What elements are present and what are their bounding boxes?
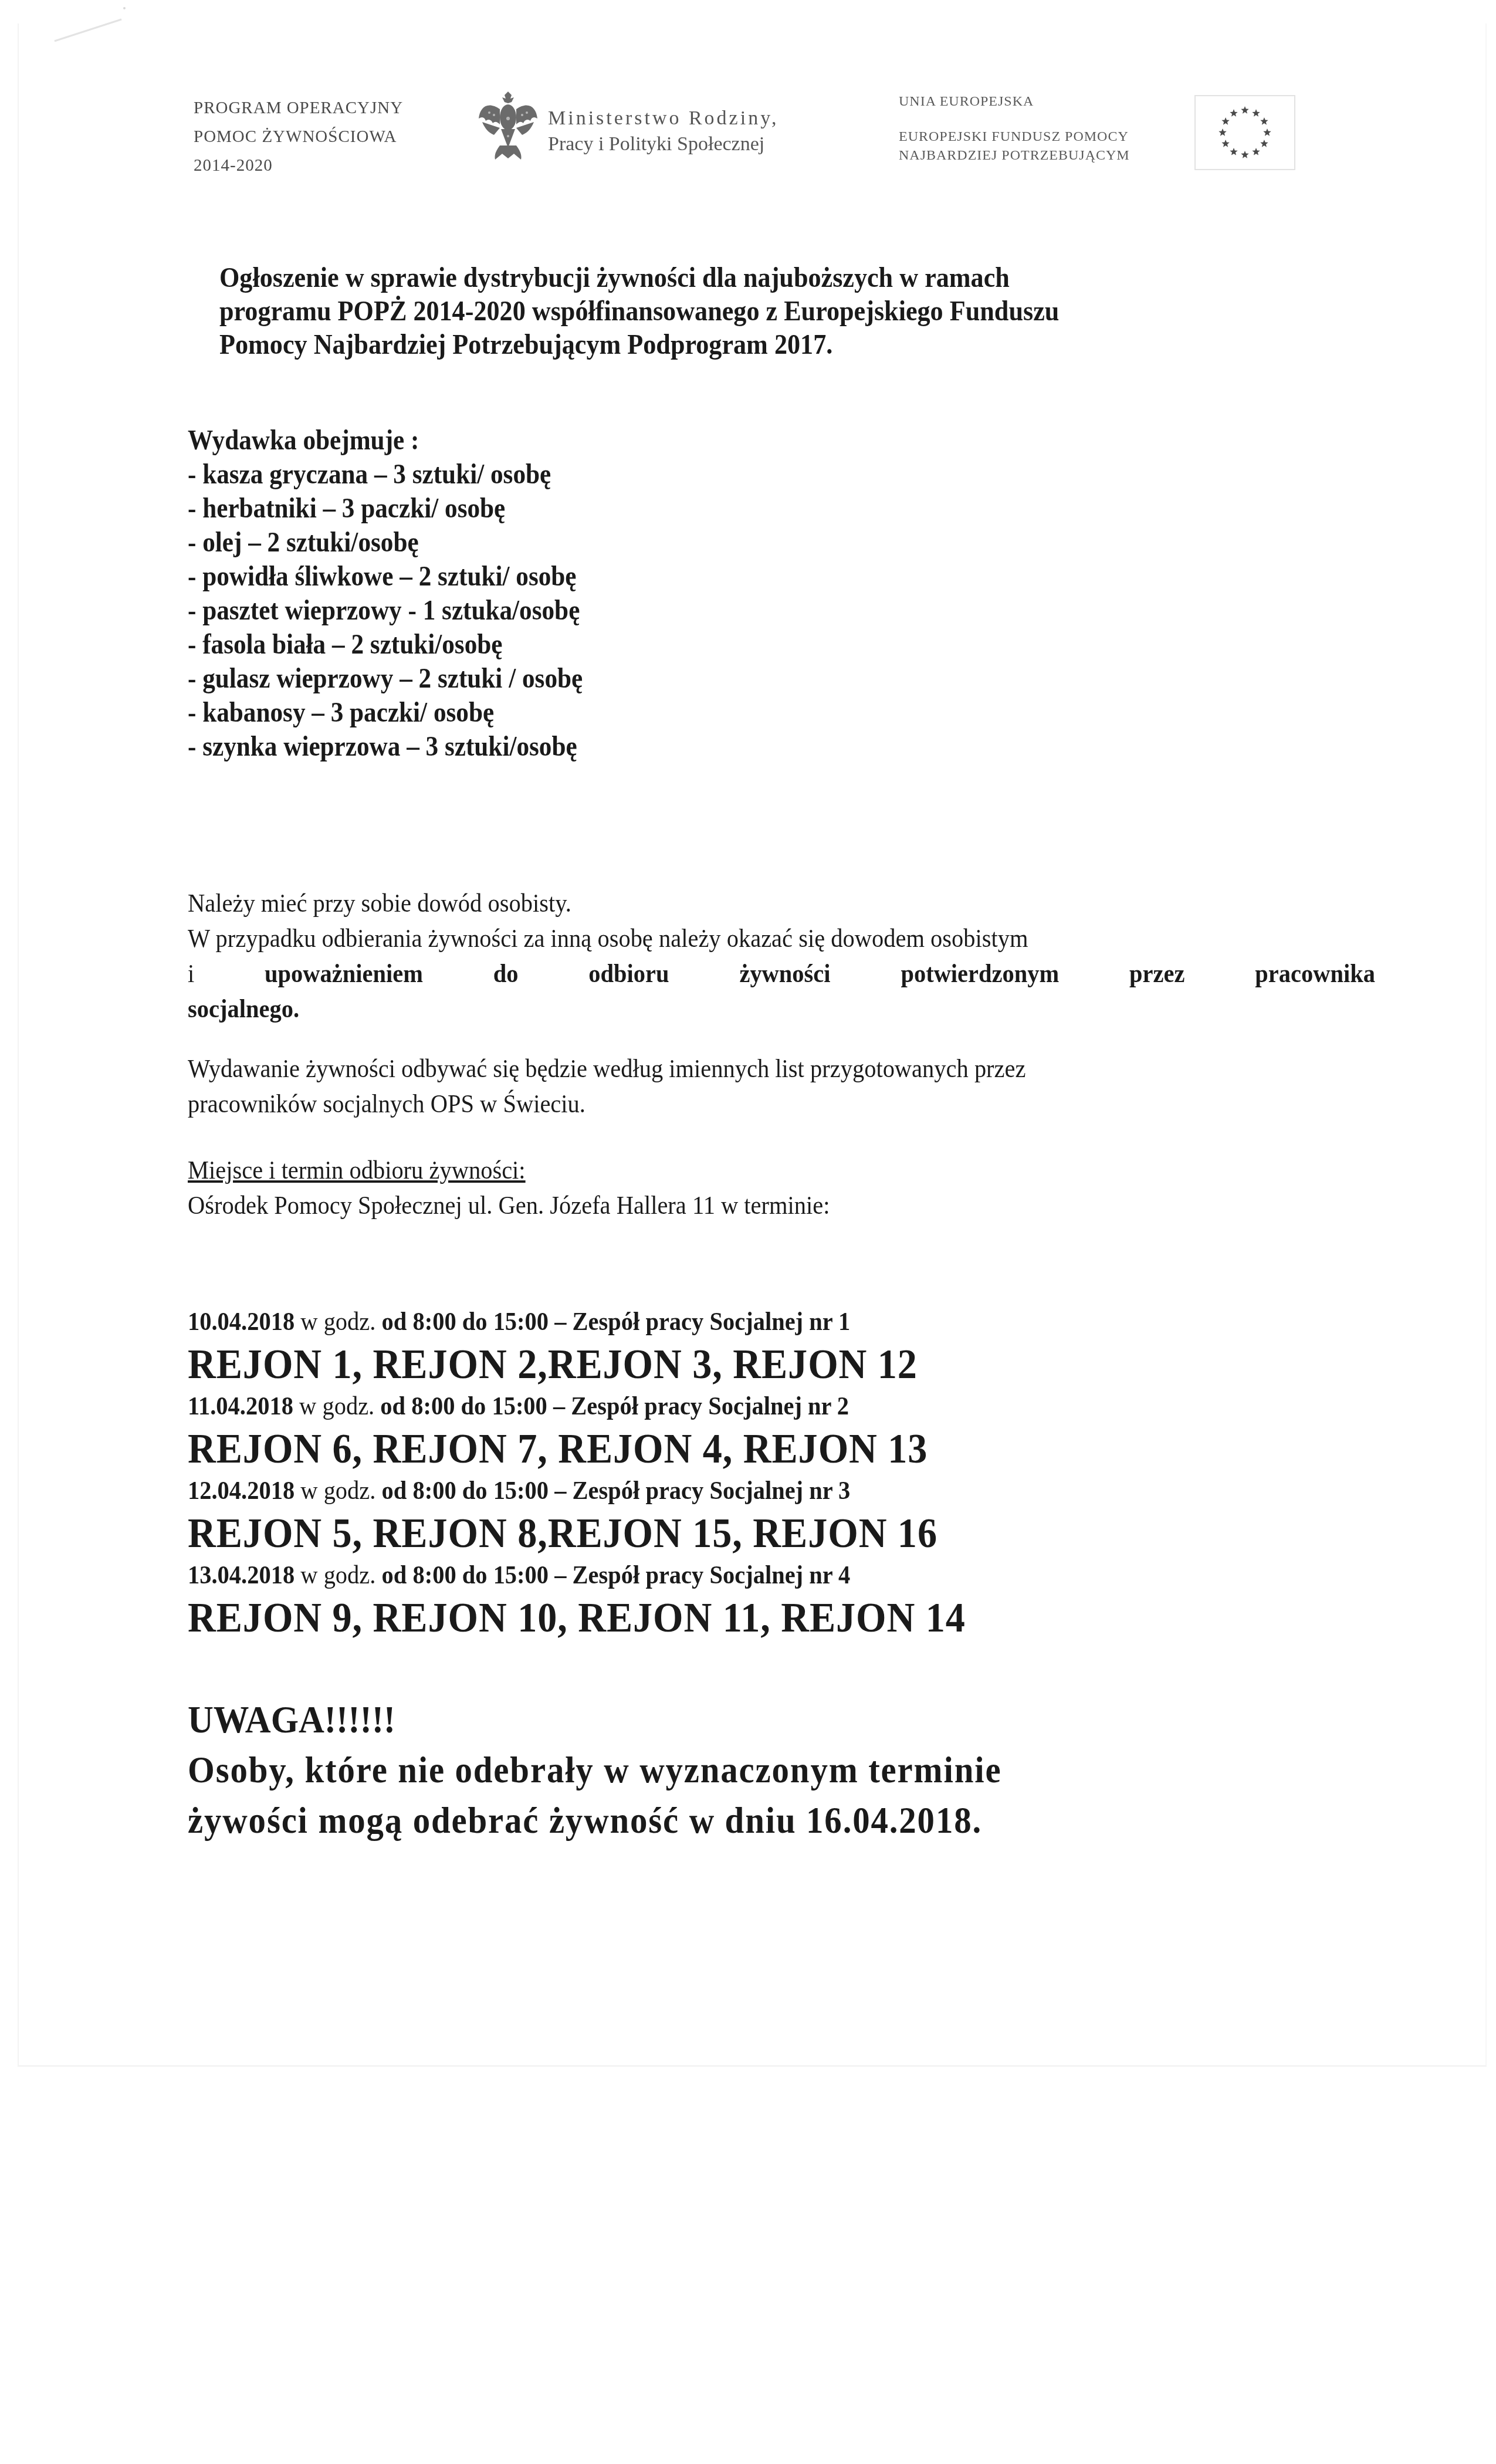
requirement-word: do bbox=[493, 956, 519, 991]
schedule-date-line: 10.04.2018 w godz. od 8:00 do 15:00 – Ze… bbox=[188, 1301, 966, 1342]
polish-eagle-icon bbox=[476, 89, 540, 162]
program-logo-text: PROGRAM OPERACYJNY POMOC ŻYWNOŚCIOWA 201… bbox=[194, 94, 403, 180]
location-heading: Miejsce i termin odbioru żywności: bbox=[188, 1153, 830, 1188]
schedule-date: 12.04.2018 bbox=[188, 1476, 295, 1505]
requirement-word: potwierdzonym bbox=[901, 956, 1059, 991]
requirement-word: przez bbox=[1129, 956, 1184, 991]
requirement-word: pracownika bbox=[1255, 956, 1375, 991]
list-item: - szynka wieprzowa – 3 sztuki/osobę bbox=[188, 730, 583, 764]
requirement-line-4: socjalnego. bbox=[188, 994, 299, 1023]
requirement-word: żywności bbox=[739, 956, 830, 991]
requirement-line-3: i upoważnieniem do odbioru żywności potw… bbox=[188, 956, 1375, 991]
eu-label: UNIA EUROPEJSKA bbox=[899, 94, 1034, 110]
schedule-date: 13.04.2018 bbox=[188, 1561, 295, 1589]
schedule-regions: REJON 9, REJON 10, REJON 11, REJON 14 bbox=[188, 1596, 966, 1639]
schedule-date-line: 13.04.2018 w godz. od 8:00 do 15:00 – Ze… bbox=[188, 1555, 966, 1596]
attention-notice: UWAGA!!!!!! Osoby, które nie odebrały w … bbox=[188, 1695, 1001, 1846]
pickup-location: Miejsce i termin odbioru żywności: Ośrod… bbox=[188, 1153, 830, 1223]
program-line-2: POMOC ŻYWNOŚCIOWA bbox=[194, 123, 403, 151]
schedule-date-line: 11.04.2018 w godz. od 8:00 do 15:00 – Ze… bbox=[188, 1386, 966, 1427]
package-contents: Wydawka obejmuje : - kasza gryczana – 3 … bbox=[188, 424, 583, 764]
package-heading: Wydawka obejmuje : bbox=[188, 424, 583, 458]
ministry-line-1: Ministerstwo Rodziny, bbox=[548, 106, 779, 131]
ministry-name: Ministerstwo Rodziny, Pracy i Polityki S… bbox=[548, 106, 779, 157]
requirement-word: odbioru bbox=[588, 956, 669, 991]
eu-fund-line-2: NAJBARDZIEJ POTRZEBUJĄCYM bbox=[899, 148, 1130, 164]
location-address: Ośrodek Pomocy Społecznej ul. Gen. Józef… bbox=[188, 1188, 830, 1223]
list-item: - powidła śliwkowe – 2 sztuki/ osobę bbox=[188, 560, 583, 594]
eu-fund-line-1: EUROPEJSKI FUNDUSZ POMOCY bbox=[899, 129, 1129, 145]
distribution-schedule: 10.04.2018 w godz. od 8:00 do 15:00 – Ze… bbox=[188, 1301, 966, 1639]
requirement-prefix: i bbox=[188, 956, 194, 991]
requirement-line-1: Należy mieć przy sobie dowód osobisty. bbox=[188, 886, 1375, 921]
scan-artifact-dot bbox=[123, 7, 126, 9]
title-line-1: Ogłoszenie w sprawie dystrybucji żywnośc… bbox=[219, 261, 1059, 295]
schedule-time: od 8:00 do 15:00 – Zespół pracy Socjalne… bbox=[382, 1561, 851, 1589]
list-item: - gulasz wieprzowy – 2 sztuki / osobę bbox=[188, 662, 583, 696]
schedule-mid: w godz. bbox=[295, 1476, 381, 1505]
schedule-time: od 8:00 do 15:00 – Zespół pracy Socjalne… bbox=[382, 1476, 851, 1505]
schedule-date-line: 12.04.2018 w godz. od 8:00 do 15:00 – Ze… bbox=[188, 1470, 966, 1511]
schedule-mid: w godz. bbox=[293, 1392, 380, 1420]
requirement-word: upoważnieniem bbox=[265, 956, 423, 991]
list-item: - fasola biała – 2 sztuki/osobę bbox=[188, 628, 583, 662]
schedule-regions: REJON 5, REJON 8,REJON 15, REJON 16 bbox=[188, 1511, 966, 1555]
eu-flag-icon bbox=[1194, 95, 1295, 170]
notice-line-2: żywości mogą odebrać żywność w dniu 16.0… bbox=[188, 1795, 1001, 1846]
schedule-regions: REJON 6, REJON 7, REJON 4, REJON 13 bbox=[188, 1427, 966, 1470]
title-line-2: programu POPŻ 2014-2020 współfinansowane… bbox=[219, 295, 1059, 328]
distribution-line-2: pracowników socjalnych OPS w Świeciu. bbox=[188, 1087, 1026, 1122]
distribution-line-1: Wydawanie żywności odbywać się będzie we… bbox=[188, 1051, 1026, 1087]
schedule-time: od 8:00 do 15:00 – Zespół pracy Socjalne… bbox=[382, 1307, 851, 1336]
schedule-regions: REJON 1, REJON 2,REJON 3, REJON 12 bbox=[188, 1342, 966, 1386]
schedule-date: 11.04.2018 bbox=[188, 1392, 293, 1420]
requirement-line-2: W przypadku odbierania żywności za inną … bbox=[188, 921, 1375, 956]
id-requirements: Należy mieć przy sobie dowód osobisty. W… bbox=[188, 886, 1375, 1027]
schedule-mid: w godz. bbox=[295, 1307, 381, 1336]
list-item: - herbatniki – 3 paczki/ osobę bbox=[188, 492, 583, 526]
list-item: - kabanosy – 3 paczki/ osobę bbox=[188, 696, 583, 730]
distribution-info: Wydawanie żywności odbywać się będzie we… bbox=[188, 1051, 1026, 1122]
list-item: - olej – 2 sztuki/osobę bbox=[188, 526, 583, 560]
ministry-line-2: Pracy i Polityki Społecznej bbox=[548, 131, 779, 157]
notice-heading: UWAGA!!!!!! bbox=[188, 1695, 1001, 1745]
program-line-3: 2014-2020 bbox=[194, 151, 403, 180]
schedule-time: od 8:00 do 15:00 – Zespół pracy Socjalne… bbox=[380, 1392, 849, 1420]
announcement-title: Ogłoszenie w sprawie dystrybucji żywnośc… bbox=[219, 261, 1059, 361]
schedule-date: 10.04.2018 bbox=[188, 1307, 295, 1336]
notice-line-1: Osoby, które nie odebrały w wyznaczonym … bbox=[188, 1745, 1001, 1795]
list-item: - kasza gryczana – 3 sztuki/ osobę bbox=[188, 458, 583, 492]
program-line-1: PROGRAM OPERACYJNY bbox=[194, 94, 403, 123]
title-line-3: Pomocy Najbardziej Potrzebującym Podprog… bbox=[219, 328, 1059, 361]
list-item: - pasztet wieprzowy - 1 sztuka/osobę bbox=[188, 594, 583, 628]
schedule-mid: w godz. bbox=[295, 1561, 381, 1589]
